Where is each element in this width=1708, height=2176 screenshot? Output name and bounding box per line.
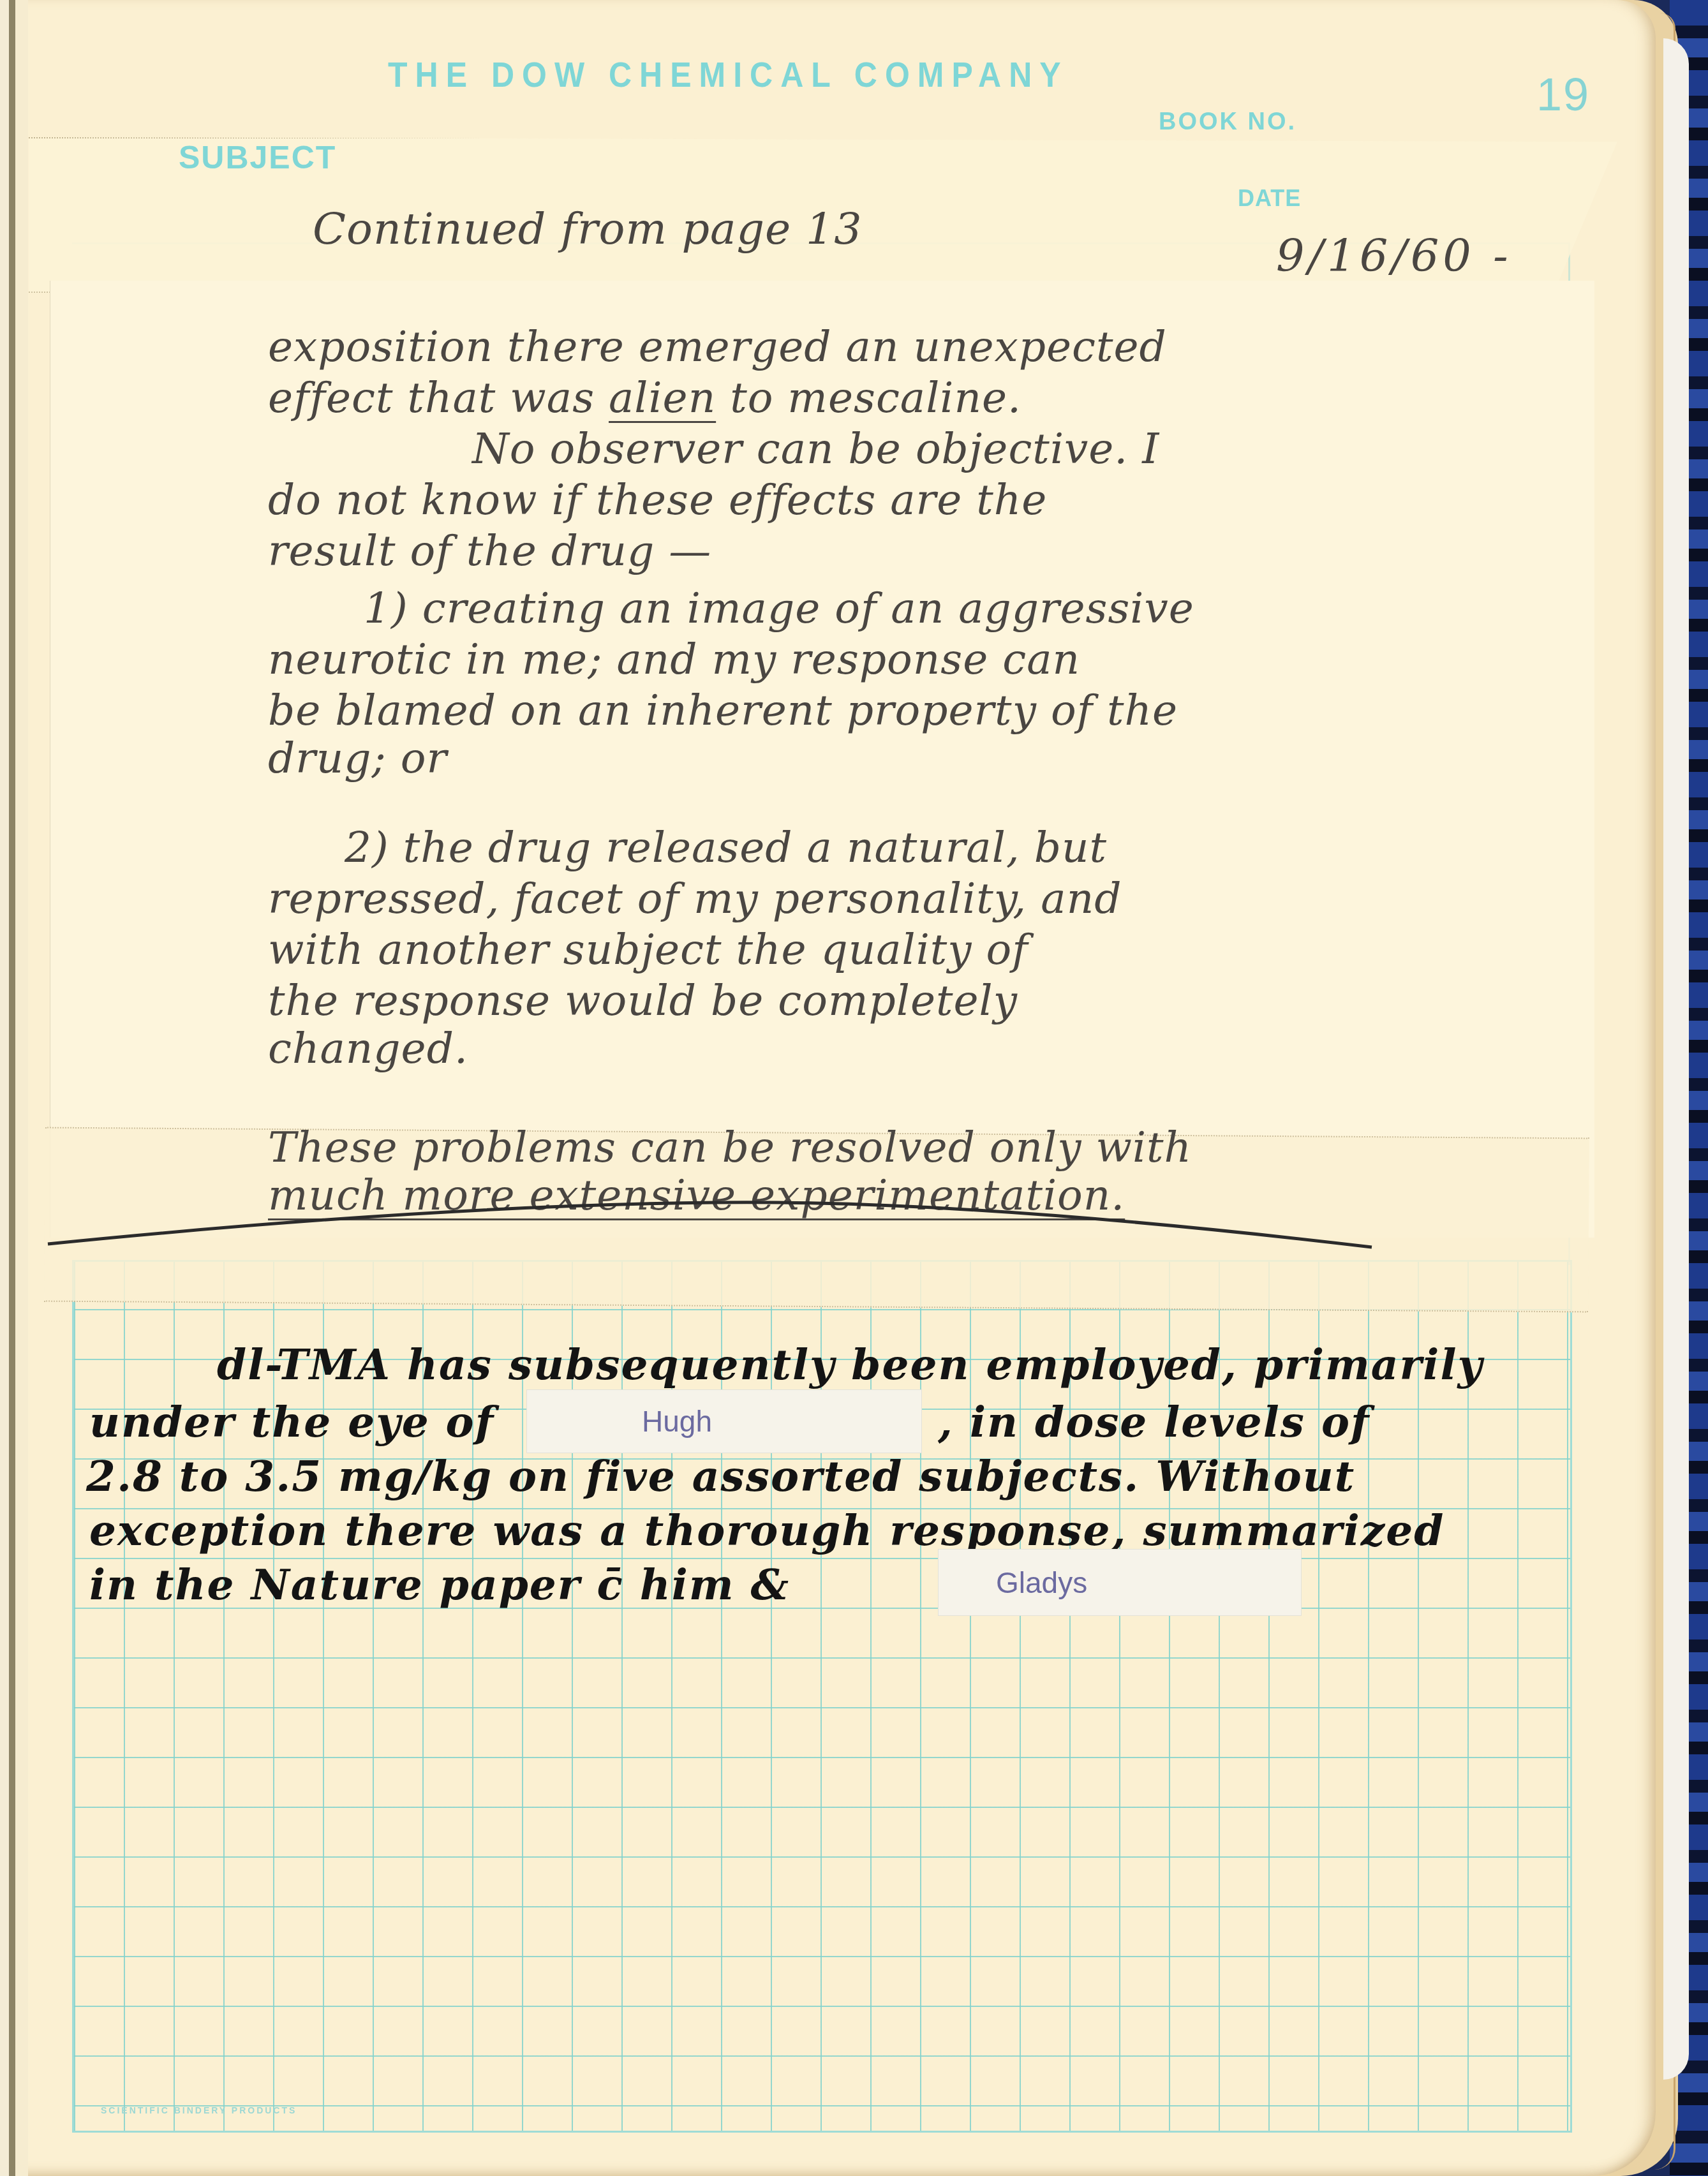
note-line: effect that was alien to mescaline. bbox=[268, 373, 1021, 422]
note-line: exposition there emerged an unexpected bbox=[268, 322, 1167, 371]
notebook-page: THE DOW CHEMICAL COMPANY 19 BOOK NO. SUB… bbox=[0, 0, 1656, 2176]
note-line: result of the drug — bbox=[268, 526, 711, 575]
bindery-imprint: SCIENTIFIC BINDERY PRODUCTS bbox=[101, 2105, 297, 2115]
underlined-word: alien bbox=[609, 373, 716, 422]
note-line: repressed, facet of my personality, and bbox=[268, 874, 1122, 923]
pasted-name: Gladys bbox=[996, 1565, 1087, 1600]
note-line: be blamed on an inherent property of the bbox=[268, 686, 1178, 735]
note-line-part: to mescaline. bbox=[716, 373, 1021, 422]
loose-sheet-edge bbox=[1663, 38, 1689, 2080]
date-value: 9/16/60 - bbox=[1276, 230, 1512, 282]
pasted-name: Hugh bbox=[642, 1404, 712, 1439]
note-line: drug; or bbox=[268, 734, 447, 783]
note-line: 1) creating an image of an aggressive bbox=[364, 584, 1194, 633]
company-name: THE DOW CHEMICAL COMPANY bbox=[388, 54, 1069, 95]
subject-value: Continued from page 13 bbox=[313, 204, 863, 255]
continuation-line: in the Nature paper c̄ him & bbox=[89, 1560, 790, 1610]
note-line: changed. bbox=[268, 1024, 468, 1073]
note-line: 2) the drug released a natural, but bbox=[345, 823, 1107, 872]
note-line: do not know if these effects are the bbox=[268, 475, 1047, 524]
date-label: DATE bbox=[1238, 185, 1301, 212]
note-line: with another subject the quality of bbox=[268, 925, 1029, 974]
continuation-line: 2.8 to 3.5 mg/kg on five assorted subjec… bbox=[86, 1451, 1355, 1501]
note-line: neurotic in me; and my response can bbox=[268, 635, 1080, 684]
page-number: 19 bbox=[1536, 69, 1590, 121]
binding-spine bbox=[0, 0, 28, 2176]
note-line-part: effect that was bbox=[268, 373, 609, 422]
pencil-divider-curve bbox=[45, 1199, 1385, 1250]
book-number-label: BOOK NO. bbox=[1159, 108, 1296, 136]
subject-label: SUBJECT bbox=[179, 139, 336, 176]
continuation-line: under the eye of bbox=[89, 1397, 494, 1447]
note-line: the response would be completely bbox=[268, 976, 1018, 1025]
continuation-line: , in dose levels of bbox=[938, 1397, 1370, 1447]
note-line: No observer can be objective. I bbox=[472, 424, 1159, 473]
pasted-name-label: Gladys bbox=[938, 1549, 1302, 1616]
continuation-line: dl-TMA has subsequently been employed, p… bbox=[217, 1340, 1483, 1389]
pasted-name-label: Hugh bbox=[526, 1389, 922, 1453]
note-line: These problems can be resolved only with bbox=[268, 1123, 1192, 1172]
continuation-line: exception there was a thorough response,… bbox=[89, 1506, 1444, 1555]
